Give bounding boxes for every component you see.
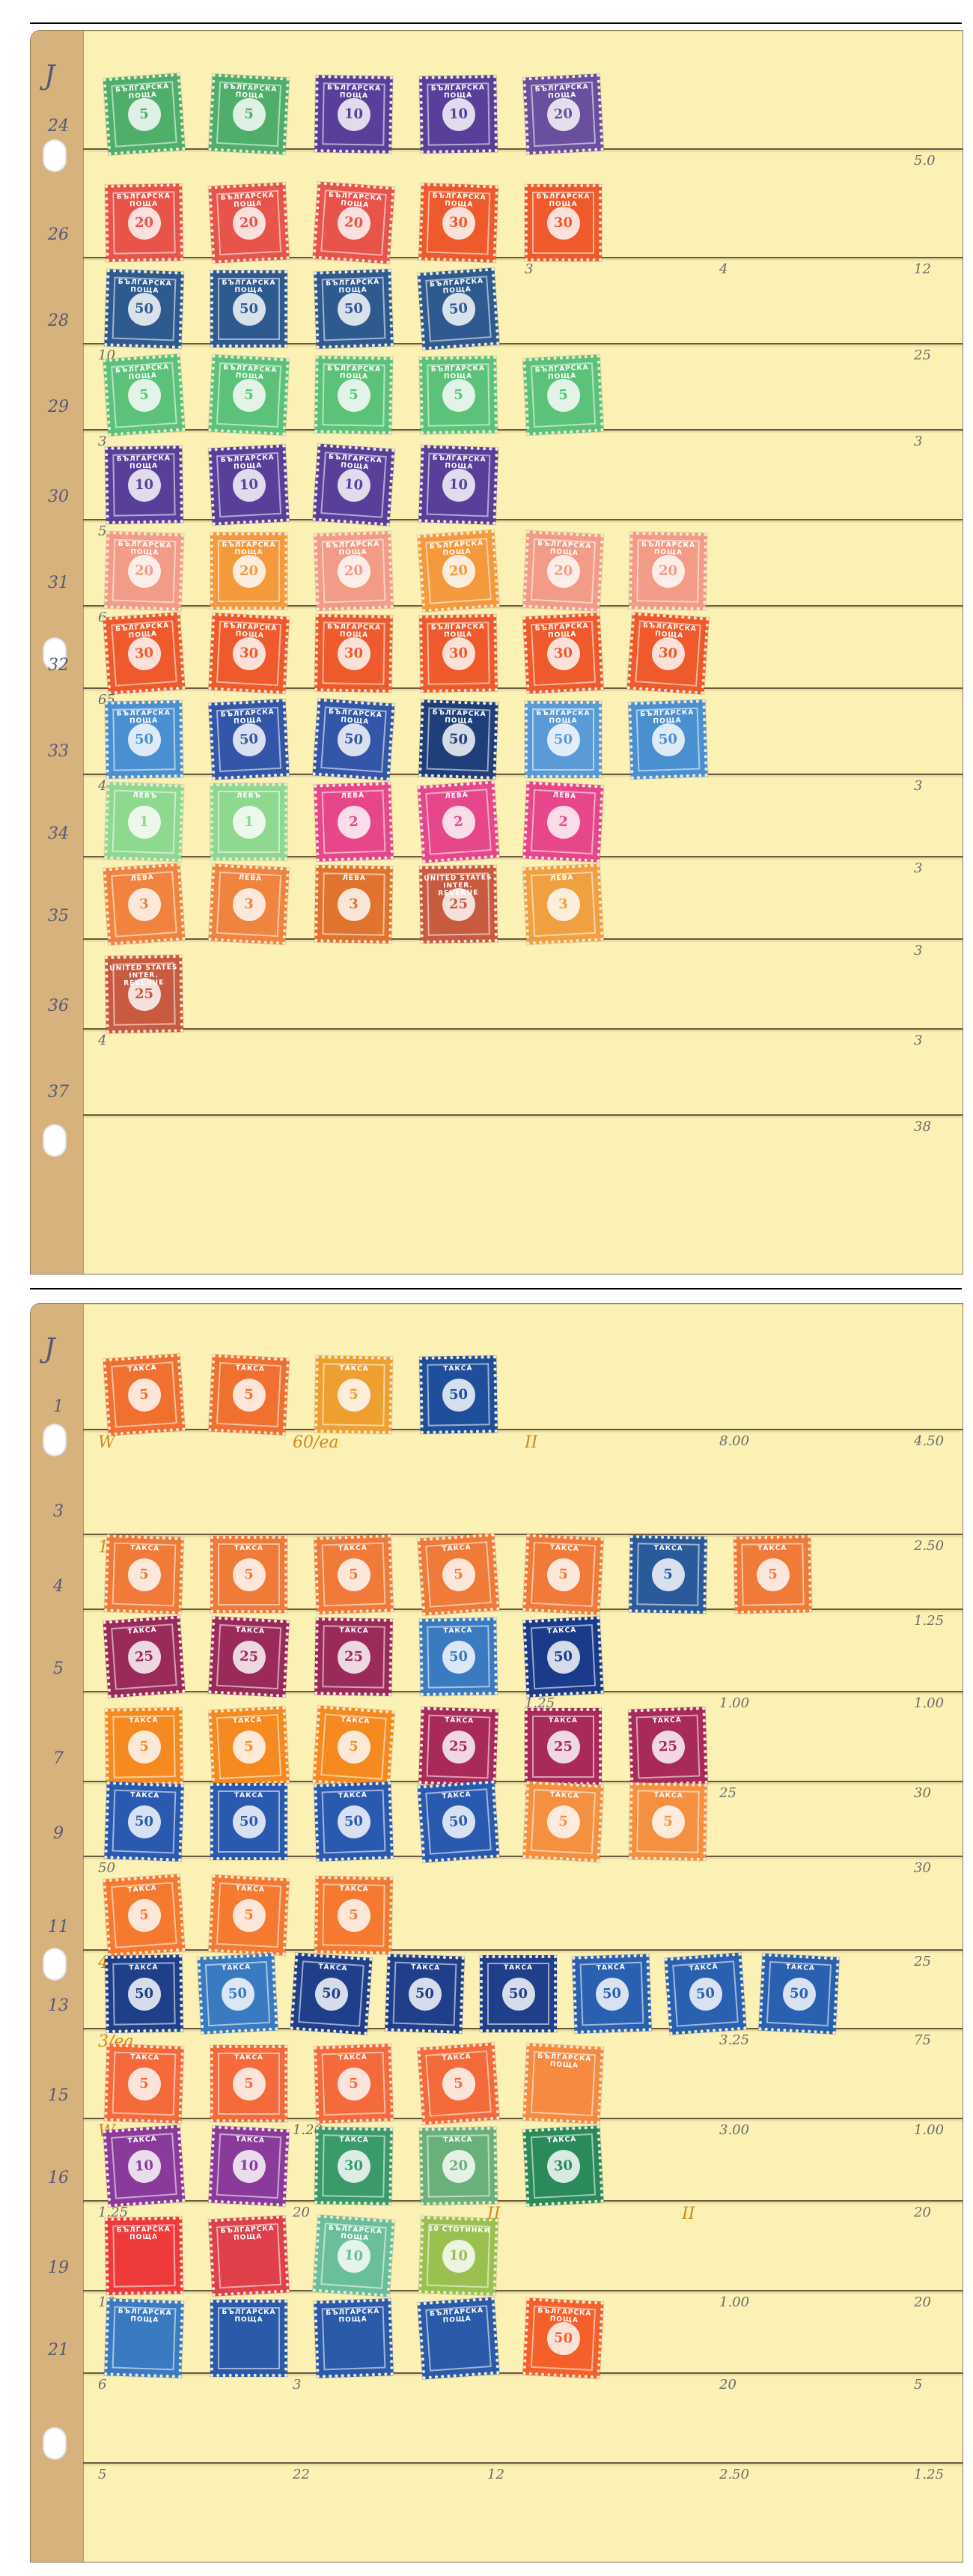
stamp: БЪЛГАРСКА ПОЩА50 (105, 700, 183, 779)
pencil-note: 5 (914, 2377, 922, 2393)
stamp: БЪЛГАРСКА ПОЩА5 (208, 73, 289, 154)
stamp-value: 30 (337, 2149, 370, 2183)
stamp-value: 25 (127, 977, 161, 1011)
row-label: 16 (40, 2169, 77, 2187)
stamp-value: 5 (337, 2067, 371, 2101)
pencil-note: 3 (914, 860, 922, 876)
row-label: 36 (40, 997, 77, 1015)
stamp-value: 50 (547, 723, 580, 756)
stamp-value: 50 (408, 1977, 442, 2011)
stamp: ТАКСА5 (104, 1534, 184, 1614)
row-label: 3 (40, 1502, 77, 1521)
stamp: ТАКСА5 (418, 1534, 500, 1616)
stamp: БЪЛГАРСКА ПОЩА5 (103, 354, 186, 437)
stamp: БЪЛГАРСКА ПОЩА50 (628, 699, 708, 780)
stamp: БЪЛГАРСКА ПОЩА50 (418, 699, 498, 780)
stamp: ТАКСА25 (525, 1708, 602, 1785)
stamp: БЪЛГАРСКА ПОЩА (314, 2298, 394, 2378)
stamp: ТАКСА5 (314, 1534, 394, 1614)
row-label: 28 (40, 312, 77, 330)
stamp: ЛЕВЪ1 (104, 782, 184, 862)
stamp: ТАКСА5 (208, 1874, 289, 1955)
stamp-value: 5 (337, 1558, 371, 1592)
stamp-legend: ТАКСА (319, 1885, 390, 1894)
stamp: БЪЛГАРСКА ПОЩА50 (522, 2297, 603, 2378)
stamp: ЛЕВА2 (418, 781, 500, 863)
pencil-note: 75 (914, 2032, 931, 2048)
stamp: БЪЛГАРСКА ПОЩА30 (208, 613, 289, 693)
stamp: ТАКСА25 (314, 1617, 393, 1696)
stamp: БЪЛГАРСКА ПОЩА10 (314, 75, 393, 154)
stamp: БЪЛГАРСКА ПОЩА (208, 2215, 289, 2296)
row-label: 7 (40, 1749, 77, 1768)
stamp: ТАКСА50 (314, 1781, 394, 1862)
stamp: UNITED STATES INTER. REVENUE25 (419, 865, 498, 944)
row-label: 4 (40, 1577, 77, 1596)
stamp-legend: ТАКСА (213, 2054, 284, 2062)
stamp-value: 20 (337, 554, 371, 589)
row-label: 15 (40, 2086, 77, 2105)
row-label: 33 (40, 742, 77, 761)
stamp: ЛЕВЪ1 (210, 783, 287, 860)
pencil-note: 1.25 (914, 2467, 944, 2482)
stamp: БЪЛГАРСКА ПОЩА30 (627, 613, 710, 695)
stamp: БЪЛГАРСКА ПОЩА10 (208, 444, 289, 525)
stamp: ТАКСА5 (418, 2043, 500, 2125)
row-label: 1 (40, 1397, 77, 1416)
punch-hole (43, 1124, 67, 1157)
stamp: БЪЛГАРСКА ПОЩА20 (629, 532, 707, 610)
pencil-note: 4 (98, 778, 106, 794)
stamp: БЪЛГАРСКА ПОЩА (522, 2043, 603, 2124)
stamp: ТАКСА5 (522, 1534, 603, 1614)
stamp-legend: ЛЕВЪ (213, 792, 284, 800)
row-label: 9 (40, 1824, 77, 1843)
stamp-value: 50 (442, 723, 476, 757)
stamp-legend: ТАКСА (633, 1544, 704, 1553)
stamp: БЪЛГАРСКА ПОЩА20 (208, 182, 289, 263)
stamp-value: 50 (442, 1378, 475, 1412)
pencil-note: 3 (914, 434, 922, 449)
pencil-note: 2.50 (914, 1538, 944, 1554)
row-label: 34 (40, 824, 77, 843)
stamp: ТАКСА5 (105, 1707, 183, 1786)
stamp: ТАКСА10 (208, 2125, 289, 2206)
stamp-value: 20 (127, 206, 161, 240)
stamp: ТАКСА50 (105, 1954, 183, 2033)
stamp-value: 10 (337, 97, 370, 131)
pencil-note: 3 (914, 778, 922, 794)
stamp: БЪЛГАРСКА ПОЩА (104, 2298, 184, 2378)
punch-hole (43, 2427, 67, 2460)
stamp: ТАКСА5 (208, 1706, 289, 1787)
stamp: ТАКСА25 (208, 1616, 289, 1697)
pencil-note: 1.00 (719, 1695, 749, 1711)
stamp-value: 1 (233, 806, 266, 839)
scan-divider (30, 1288, 962, 1289)
row-label: 19 (40, 2258, 77, 2277)
section-mark: J (44, 61, 55, 91)
row-label: 11 (40, 1918, 77, 1936)
stamp-value: 50 (233, 1805, 266, 1838)
stamp-legend: ТАКСА (319, 2136, 390, 2145)
stamp: ЛЕВА3 (208, 863, 289, 944)
stamp-value: 20 (442, 2149, 475, 2183)
stamp: ТАКСА25 (418, 1707, 498, 1787)
stamp-value: 5 (337, 1898, 370, 1932)
pencil-note: 1.00 (914, 1695, 944, 1711)
scan-divider (30, 22, 962, 24)
stamp-value: 5 (233, 2068, 266, 2100)
pencil-note: 50 (98, 1860, 115, 1876)
stamp-value: 25 (337, 1640, 370, 1674)
stamp: ЛЕВА3 (522, 863, 603, 944)
stamp: БЪЛГАРСКА ПОЩА20 (210, 532, 287, 610)
stamp: БЪЛГАРСКА ПОЩА5 (419, 356, 498, 434)
stamp: БЪЛГАРСКА ПОЩА5 (208, 354, 289, 435)
section-mark: J (44, 1334, 55, 1364)
pencil-note: 3 (525, 261, 533, 277)
pencil-note: 3 (914, 1033, 922, 1048)
stamp-legend: ТАКСА (633, 1791, 704, 1800)
stamp-legend: БЪЛГАРСКА ПОЩА (109, 2307, 181, 2324)
pencil-note: II (525, 1433, 537, 1452)
stamp: БЪЛГАРСКА ПОЩА50 (525, 701, 602, 778)
stamp: БЪЛГАРСКА ПОЩА30 (418, 183, 498, 263)
row-label: 31 (40, 574, 77, 592)
stamp: ТАКСА5 (104, 2044, 184, 2124)
stock-strip (83, 2462, 963, 2464)
pencil-note: 8.00 (719, 1433, 749, 1449)
stamp-value: 20 (127, 554, 162, 589)
pencil-note: 12 (914, 261, 931, 277)
stamp-value: 5 (127, 1558, 162, 1592)
stock-strip (83, 1028, 963, 1030)
pencil-note: 22 (293, 2467, 310, 2482)
stamp-legend: ТАКСА (319, 1626, 390, 1635)
stamp: ТАКСА50 (572, 1954, 652, 2034)
pencil-note: 20 (914, 2205, 931, 2220)
stamp: БЪЛГАРСКА ПОЩА20 (522, 530, 603, 611)
stamp-legend: ТАКСА (108, 1716, 179, 1725)
pencil-note: 3 (914, 943, 922, 959)
stamp-legend: БЪЛГАРСКА ПОЩА (108, 2226, 179, 2242)
pencil-note: 20 (914, 2294, 931, 2310)
stamp-value: 50 (502, 1978, 535, 2011)
stamp: ТАКСА50 (758, 1953, 839, 2034)
stamp: ТАКСА5 (629, 1782, 707, 1861)
stamp-legend: ТАКСА (213, 1792, 284, 1799)
stamp: ТАКСА10 (103, 2125, 186, 2208)
stamp-value: 50 (233, 293, 266, 326)
pencil-note: 5 (98, 523, 106, 539)
stamp: ТАКСА30 (314, 2127, 393, 2205)
stamp: ТАКСА50 (210, 1783, 287, 1860)
pencil-note: 20 (293, 2205, 310, 2220)
stamp-value: 30 (547, 207, 580, 240)
stamp: БЪЛГАРСКА ПОЩА30 (522, 613, 603, 693)
stamp-legend: БЪЛГАРСКА ПОЩА (317, 2307, 389, 2324)
row-label: 29 (40, 398, 77, 416)
stamp: БЪЛГАРСКА ПОЩА50 (208, 699, 289, 780)
stamp-value: 50 (127, 292, 162, 326)
stamp: БЪЛГАРСКА ПОЩА20 (418, 530, 500, 613)
stamp: ТАКСА50 (197, 1953, 278, 2034)
pencil-note: 25 (914, 347, 931, 363)
pencil-note: 6 (98, 2377, 106, 2393)
stamp-value: 5 (127, 2067, 162, 2101)
row-label: 13 (40, 1996, 77, 2015)
stamp-value: 50 (127, 723, 161, 756)
stamp-legend: БЪЛГАРСКА ПОЩА (213, 2309, 284, 2324)
stamp-legend: ТАКСА (483, 1964, 554, 1972)
stamp-value: 10 (442, 468, 476, 502)
stamp: БЪЛГАРСКА ПОЩА30 (314, 614, 393, 693)
stamp-legend: ТАКСА (422, 1626, 493, 1635)
stamp-value: 5 (651, 1558, 685, 1591)
stamp-legend: ТАКСА (736, 1544, 808, 1553)
stamp: ТАКСА50 (385, 1954, 465, 2034)
stamp-value: 10 (127, 468, 161, 502)
stock-page: J24БЪЛГАРСКА ПОЩА5БЪЛГАРСКА ПОЩА5БЪЛГАРС… (30, 30, 963, 1275)
stamp-value: 30 (442, 637, 475, 670)
stamp: ТАКСА5 (629, 1535, 707, 1614)
stamp: БЪЛГАРСКА ПОЩА5 (522, 354, 603, 435)
stamp: ТАКСА50 (522, 1616, 603, 1697)
stamp: ТАКСА5 (314, 1355, 393, 1434)
stamp: ТАКСА50 (418, 1781, 500, 1863)
stamp-value: 50 (337, 1805, 371, 1839)
stamp-legend: ЛЕВА (319, 874, 390, 883)
stamp-value: 50 (337, 292, 371, 326)
pencil-note: 5.0 (914, 153, 936, 168)
stamp-value: 5 (651, 1805, 685, 1838)
pencil-note: 3.25 (719, 2032, 749, 2048)
pencil-note: 3.00 (719, 2122, 749, 2138)
stamp: ТАКСА50 (665, 1953, 747, 2035)
stamp-value: 1 (127, 805, 162, 839)
stamp-value: 25 (651, 1730, 686, 1764)
stamp: ТАКСА50 (104, 1781, 184, 1862)
stamp: БЪЛГАРСКА ПОЩА30 (419, 614, 498, 693)
row-label: 5 (40, 1659, 77, 1678)
stamp-legend: ТАКСА (108, 1963, 179, 1972)
stamp: ТАКСА20 (419, 2127, 498, 2205)
stamp-value: 10 (442, 2239, 476, 2273)
stamp: БЪЛГАРСКА ПОЩА5 (314, 356, 393, 434)
stamp-value: 5 (337, 378, 370, 412)
stamp: ТАКСА5 (313, 1706, 395, 1788)
pencil-note: 2.50 (719, 2467, 749, 2482)
stamp: БЪЛГАРСКА ПОЩА (210, 2300, 287, 2377)
stamp: БЪЛГАРСКА ПОЩА10 (419, 75, 498, 154)
row-label: 24 (40, 117, 77, 136)
pencil-note: 20 (719, 2377, 736, 2393)
stamp: ТАКСА50 (290, 1953, 373, 2035)
stamp: ТАКСА5 (314, 2044, 394, 2124)
stamp-value: 50 (127, 1805, 162, 1839)
stamp: ТАКСА5 (314, 1876, 393, 1954)
stamp-value: 5 (756, 1558, 790, 1591)
pencil-note: 30 (914, 1860, 931, 1876)
pencil-note: 1.25 (914, 1613, 944, 1629)
stamp: ТАКСА5 (522, 1781, 603, 1862)
row-label: 32 (40, 656, 77, 675)
stamp: ТАКСА25 (103, 1616, 186, 1698)
stamp-value: 30 (442, 206, 476, 240)
stamp: БЪЛГАРСКА ПОЩА50 (314, 269, 394, 349)
stamp-value: 10 (442, 97, 475, 131)
punch-hole (43, 1424, 67, 1456)
pencil-note: 1.00 (719, 2294, 749, 2310)
punch-hole (43, 139, 67, 172)
stamp: ТАКСА5 (210, 1536, 287, 1613)
stamp: ТАКСА50 (419, 1355, 498, 1434)
stamp: ТАКСА5 (208, 1354, 289, 1435)
stamp-value: 25 (547, 1731, 580, 1764)
stamp-value: 25 (442, 887, 475, 921)
stamp: ТАКСА5 (210, 2045, 287, 2122)
stamp-value: 5 (233, 1558, 266, 1591)
stamp: ТАКСА25 (628, 1707, 708, 1787)
stamp: ЛЕВА3 (103, 863, 186, 946)
stock-page: J1ТАКСА5ТАКСА5ТАКСА5ТАКСА50W60/eaII8.004… (30, 1303, 963, 2563)
stamp: ТАКСА30 (522, 2125, 603, 2206)
stamp-legend: ТАКСА (422, 1364, 493, 1373)
stamp: БЪЛГАРСКА ПОЩА20 (105, 183, 183, 262)
pencil-note: 38 (914, 1119, 931, 1134)
stamp: БЪЛГАРСКА ПОЩА20 (314, 531, 394, 611)
stamp: БЪЛГАРСКА ПОЩА30 (103, 613, 186, 695)
stamp: БЪЛГАРСКА ПОЩА20 (313, 182, 395, 264)
punch-hole (43, 1948, 67, 1981)
stamp-value: 20 (651, 554, 685, 588)
stamp: БЪЛГАРСКА ПОЩА10 (105, 446, 183, 524)
stamp-value: 25 (442, 1730, 476, 1764)
stamp-value: 5 (337, 1378, 370, 1412)
stamp-legend: ТАКСА (319, 1364, 390, 1373)
stamp-value: 5 (127, 1730, 161, 1764)
stamp: БЪЛГАРСКА ПОЩА30 (525, 184, 602, 261)
stamp: БЪЛГАРСКА ПОЩА10 (313, 444, 395, 526)
row-label: 21 (40, 2341, 77, 2360)
stamp-value: 50 (127, 1977, 161, 2011)
stamp: БЪЛГАРСКА ПОЩА50 (210, 270, 287, 347)
stamp-value: 50 (595, 1977, 629, 2011)
stamp: БЪЛГАРСКА ПОЩА50 (313, 699, 395, 781)
pencil-note: 25 (914, 1954, 931, 1969)
stamp: ТАКСА50 (419, 1617, 498, 1696)
stamp: ЛЕВА2 (522, 781, 603, 862)
stamp: ТАКСА5 (103, 1354, 186, 1436)
pencil-note: 5 (98, 2467, 106, 2482)
pencil-note: 30 (914, 1785, 931, 1801)
stamp: БЪЛГАРСКА ПОЩА10 (313, 2215, 395, 2297)
stamp-value: 5 (442, 378, 475, 412)
stamp: БЪЛГАРСКА ПОЩА (105, 2217, 183, 2295)
pencil-note: 3 (293, 2377, 301, 2393)
stamp-value: 2 (337, 805, 371, 839)
pencil-note: 4 (719, 261, 728, 277)
stamp: ТАКСА50 (480, 1955, 557, 2032)
stamp: БЪЛГАРСКА ПОЩА20 (104, 531, 184, 611)
stamp: БЪЛГАРСКА ПОЩА50 (104, 269, 184, 349)
stamp-value: 20 (233, 555, 266, 588)
pencil-note: 4 (98, 1033, 106, 1048)
stamp-legend: ТАКСА (422, 2136, 493, 2145)
stamp: БЪЛГАРСКА ПОЩА20 (522, 73, 603, 154)
stamp-value: 50 (442, 1640, 475, 1674)
stamp: ЛЕВА2 (314, 782, 394, 862)
stamp: БЪЛГАРСКА ПОЩА (418, 2297, 500, 2380)
stamp-value: 3 (337, 887, 370, 921)
stamp: БЪЛГАРСКА ПОЩА50 (418, 268, 500, 350)
stamp-value: 30 (337, 637, 370, 670)
stamp-value: 50 (651, 723, 686, 757)
pencil-note: W (98, 1433, 115, 1452)
pencil-note: 12 (487, 2467, 504, 2482)
stamp: ТАКСА5 (733, 1535, 812, 1614)
row-label: 35 (40, 907, 77, 926)
stamp-legend: ТАКСА (213, 1545, 284, 1552)
pencil-note: II (682, 2205, 695, 2223)
pencil-note: 25 (719, 1785, 736, 1801)
stamp-legend: ТАКСА (528, 1717, 599, 1725)
stamp: БЪЛГАРСКА ПОЩА10 (418, 445, 498, 525)
stamp: UNITED STATES INTER. REVENUE25 (105, 955, 183, 1033)
stamp: БЪЛГАРСКА ПОЩА5 (103, 73, 186, 156)
stamp: ТАКСА5 (103, 1874, 186, 1957)
stock-strip (83, 1114, 963, 1116)
stamp: 10 СТОТИНКИ10 (418, 2216, 498, 2296)
pencil-note: 60/ea (293, 1433, 339, 1452)
pencil-note: 1.00 (914, 2122, 944, 2138)
row-label: 26 (40, 225, 77, 244)
pencil-note: 4.50 (914, 1433, 944, 1449)
stock-strip (83, 1534, 963, 1535)
stamp: ЛЕВА3 (314, 865, 393, 944)
row-label: 37 (40, 1083, 77, 1102)
row-label: 30 (40, 487, 77, 506)
